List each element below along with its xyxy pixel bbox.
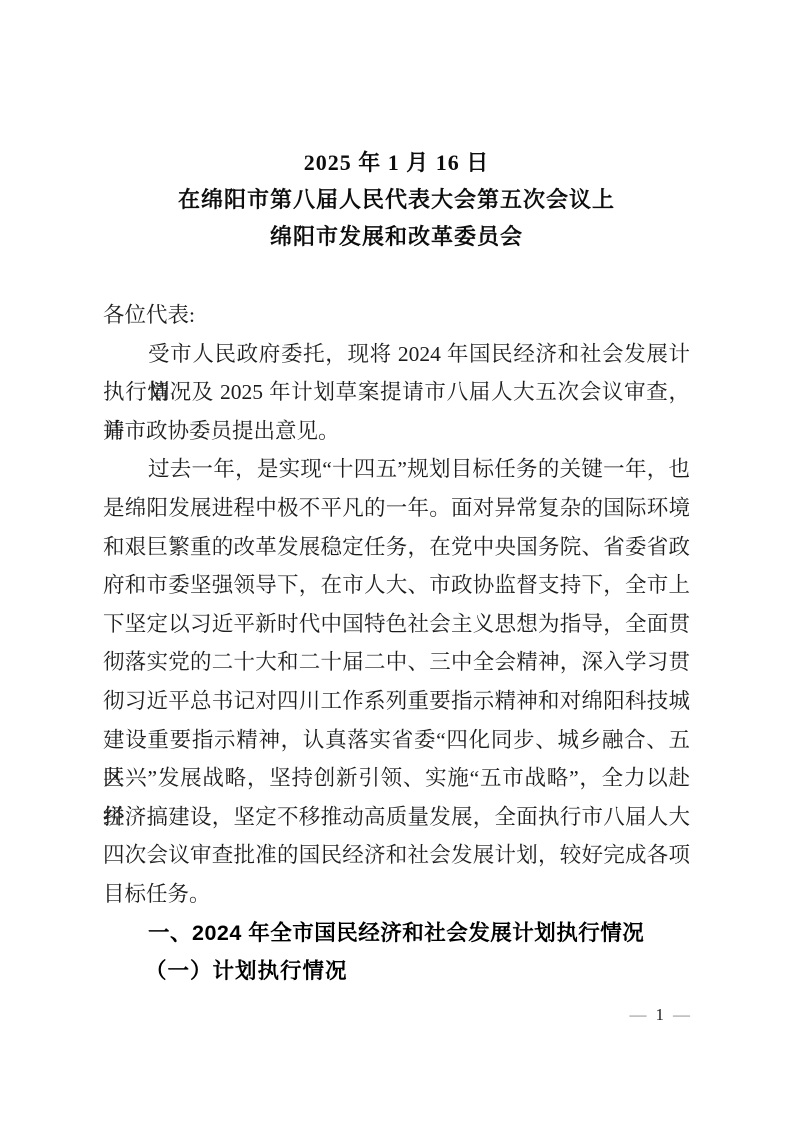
body-line: 受市人民政府委托，现将 2024 年国民经济和社会发展计划 <box>103 335 690 374</box>
page-number-value: 1 <box>656 1002 665 1028</box>
body-line: 经济搞建设，坚定不移推动高质量发展，全面执行市八届人大 <box>103 798 690 837</box>
body-line: 下坚定以习近平新时代中国特色社会主义思想为指导，全面贯 <box>103 605 690 644</box>
subsection-heading: （一）计划执行情况 <box>103 952 690 991</box>
body-line: 目标任务。 <box>103 875 690 914</box>
body-line: 彻习近平总书记对四川工作系列重要指示精神和对绵阳科技城 <box>103 682 690 721</box>
page-number-right-dash: — <box>673 1002 690 1028</box>
section-heading: 一、2024 年全市国民经济和社会发展计划执行情况 <box>103 914 690 953</box>
doc-date: 2025 年 1 月 16 日 <box>103 144 690 181</box>
document-header: 2025 年 1 月 16 日 在绵阳市第八届人民代表大会第五次会议上 绵阳市发… <box>103 144 690 255</box>
body-line: 四次会议审查批准的国民经济和社会发展计划，较好完成各项 <box>103 836 690 875</box>
body-line: 府和市委坚强领导下，在市人大、市政协监督支持下，全市上 <box>103 566 690 605</box>
body-line: 建设重要指示精神，认真落实省委“四化同步、城乡融合、五区 <box>103 721 690 760</box>
page-number: — 1 — <box>630 1002 691 1028</box>
body-line: 过去一年，是实现“十四五”规划目标任务的关键一年，也 <box>103 450 690 489</box>
doc-venue: 在绵阳市第八届人民代表大会第五次会议上 <box>103 181 690 218</box>
doc-author: 绵阳市发展和改革委员会 <box>103 218 690 255</box>
page-number-left-dash: — <box>630 1002 647 1028</box>
body-line: 请市政协委员提出意见。 <box>103 412 690 451</box>
document-body: 各位代表: 受市人民政府委托，现将 2024 年国民经济和社会发展计划 执行情况… <box>103 296 690 991</box>
body-line: 是绵阳发展进程中极不平凡的一年。面对异常复杂的国际环境 <box>103 489 690 528</box>
body-line: 执行情况及 2025 年计划草案提请市八届人大五次会议审查，并 <box>103 373 690 412</box>
body-line: 和艰巨繁重的改革发展稳定任务，在党中央国务院、省委省政 <box>103 528 690 567</box>
body-line: 彻落实党的二十大和二十届二中、三中全会精神，深入学习贯 <box>103 643 690 682</box>
salutation: 各位代表: <box>103 296 690 335</box>
body-line: 共兴”发展战略，坚持创新引领、实施“五市战略”，全力以赴拼 <box>103 759 690 798</box>
document-page: 2025 年 1 月 16 日 在绵阳市第八届人民代表大会第五次会议上 绵阳市发… <box>0 0 793 1122</box>
